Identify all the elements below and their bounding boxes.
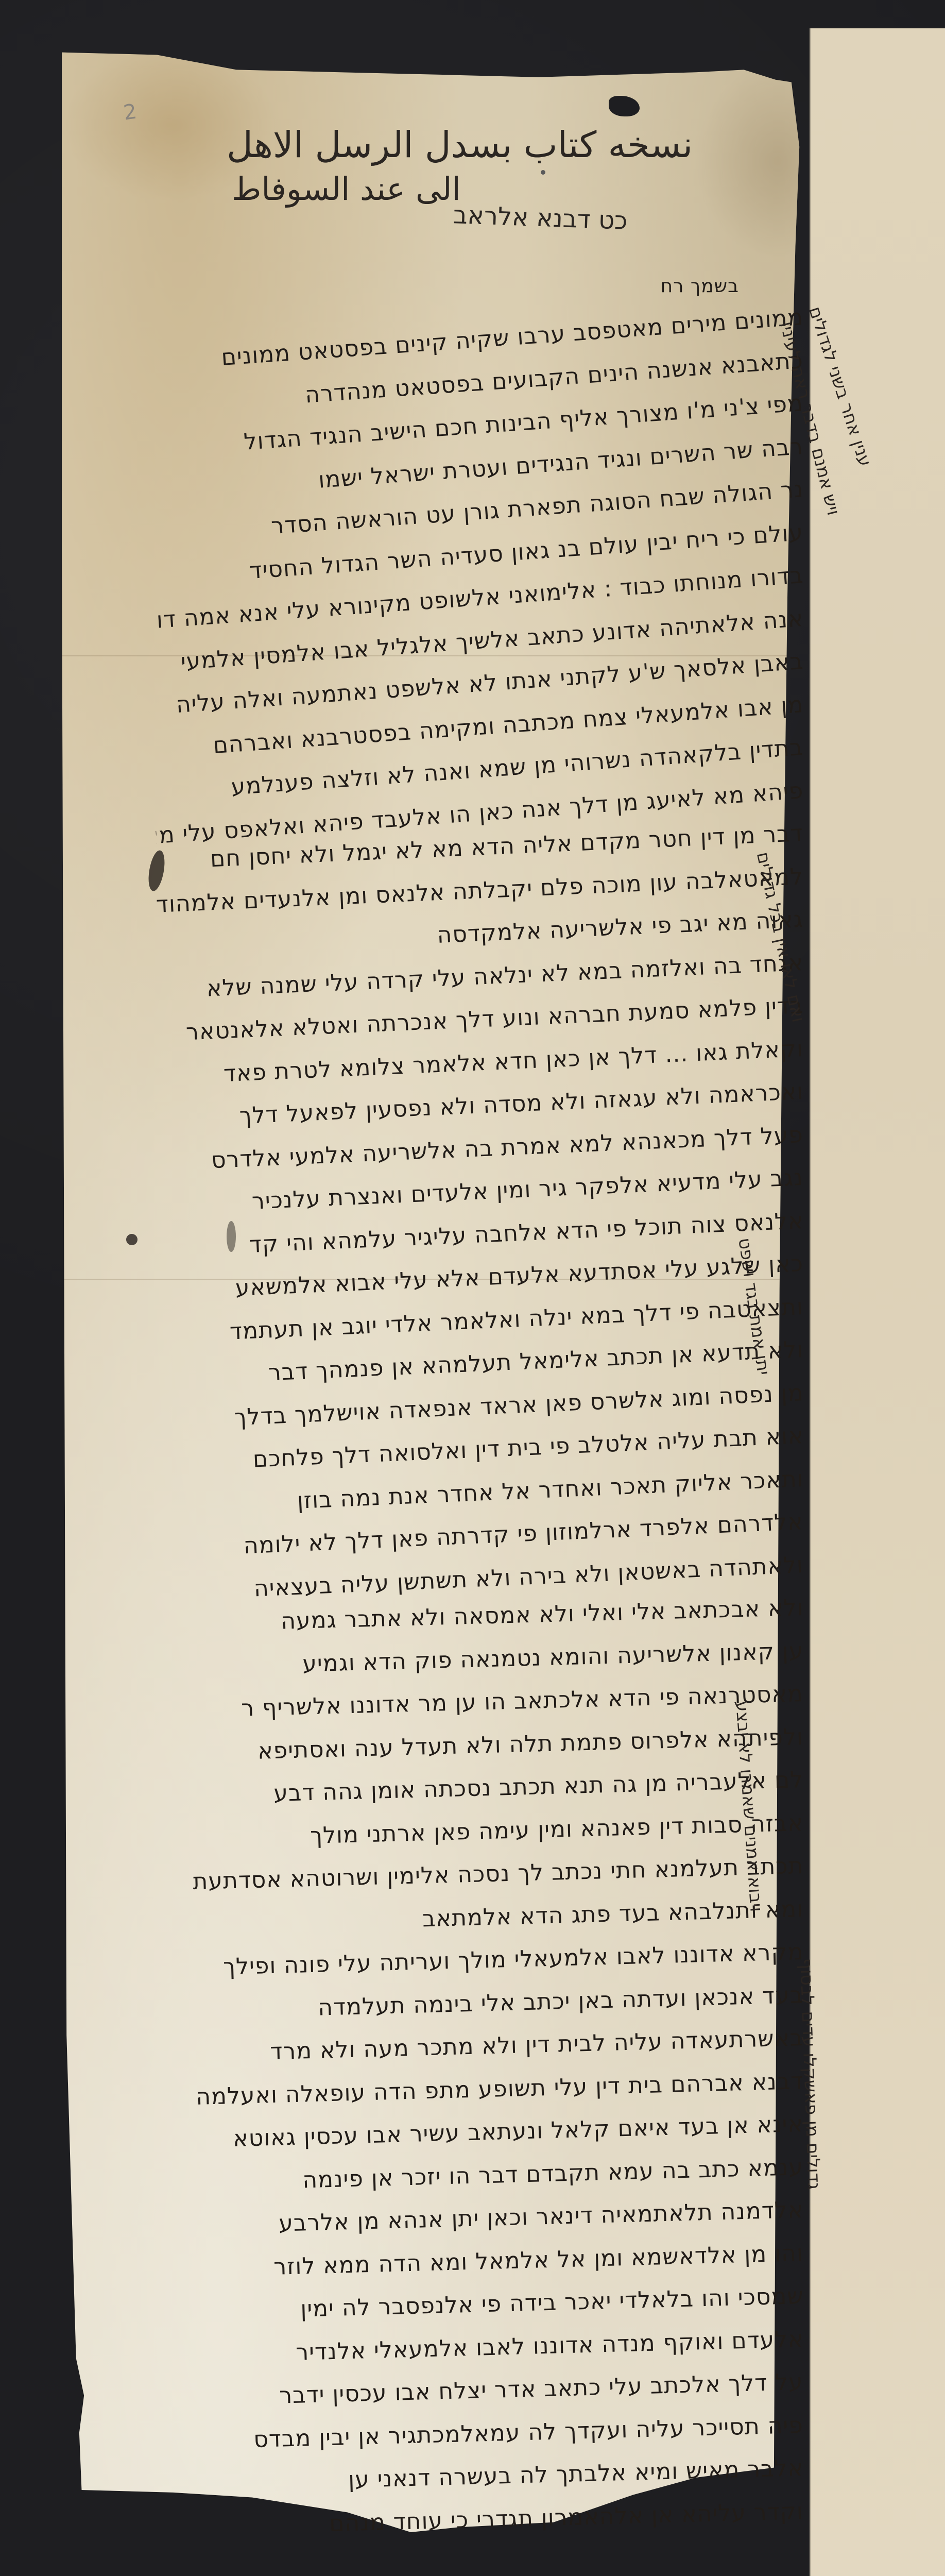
ink-blot — [126, 1234, 138, 1245]
ink-smudge — [227, 1221, 236, 1252]
hebrew-heading-line: כט דבנא אלראב — [453, 200, 628, 235]
arabic-heading-line-1: نسخه كتاب بسدل الرسل الاهل — [227, 124, 693, 166]
arabic-heading-line-2: الى عند السوفاط — [232, 170, 461, 208]
opening-formula: בשמך רח — [661, 276, 739, 297]
paper-hole — [541, 170, 545, 175]
mounting-card — [810, 28, 945, 2576]
